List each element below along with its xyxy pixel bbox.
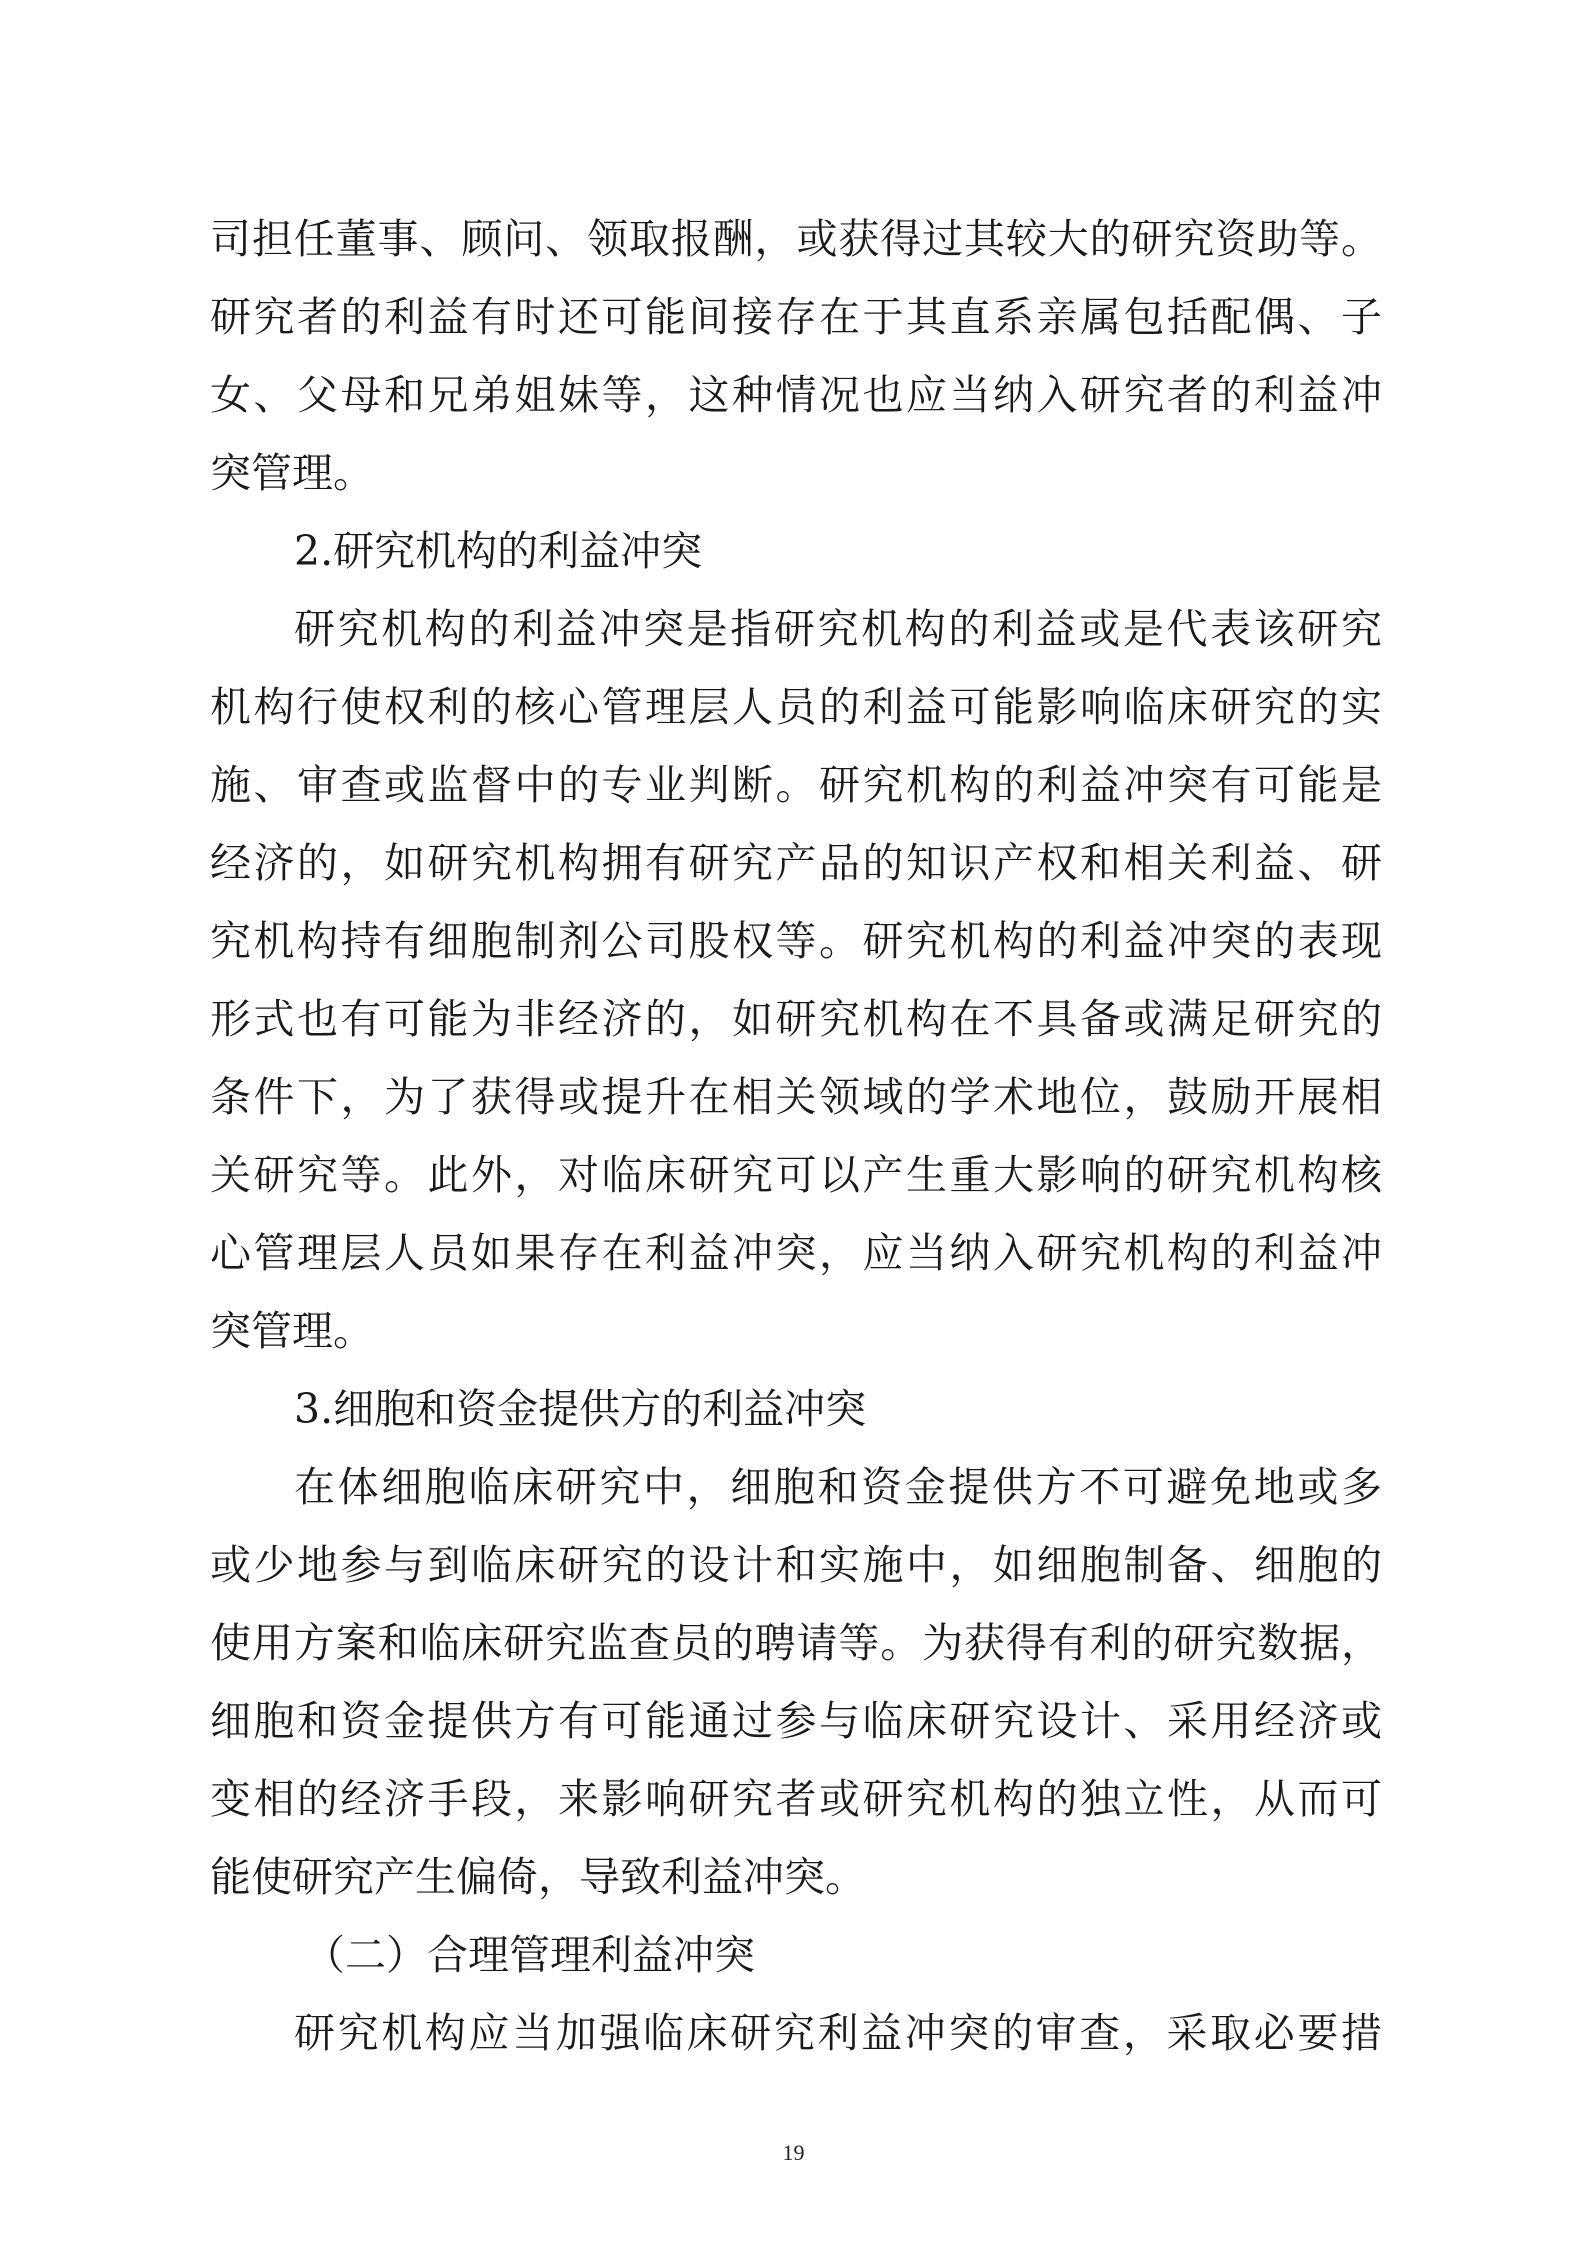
paragraph-line: 能使研究产生偏倚，导致利益冲突。 [210, 1838, 1382, 1916]
paragraph-line: 使用方案和临床研究监查员的聘请等。为获得有利的研究数据， [210, 1604, 1382, 1682]
paragraph-line: 经济的，如研究机构拥有研究产品的知识产权和相关利益、研 [210, 824, 1382, 902]
section-heading-3: 3.细胞和资金提供方的利益冲突 [210, 1370, 1382, 1448]
paragraph-line: 形式也有可能为非经济的，如研究机构在不具备或满足研究的 [210, 980, 1382, 1058]
paragraph-line: 施、审查或监督中的专业判断。研究机构的利益冲突有可能是 [210, 746, 1382, 824]
paragraph-line: 或少地参与到临床研究的设计和实施中，如细胞制备、细胞的 [210, 1526, 1382, 1604]
paragraph-line: 女、父母和兄弟姐妹等，这种情况也应当纳入研究者的利益冲 [210, 356, 1382, 434]
paragraph-line: 研究机构的利益冲突是指研究机构的利益或是代表该研究 [210, 590, 1382, 668]
paragraph-line: 心管理层人员如果存在利益冲突，应当纳入研究机构的利益冲 [210, 1214, 1382, 1292]
document-page: 司担任董事、顾问、领取报酬，或获得过其较大的研究资助等。 研究者的利益有时还可能… [0, 0, 1587, 2245]
paragraph-line: 究机构持有细胞制剂公司股权等。研究机构的利益冲突的表现 [210, 902, 1382, 980]
paragraph-line: 研究机构应当加强临床研究利益冲突的审查，采取必要措 [210, 1994, 1382, 2072]
paragraph-line: 变相的经济手段，来影响研究者或研究机构的独立性，从而可 [210, 1760, 1382, 1838]
paragraph-line: 关研究等。此外，对临床研究可以产生重大影响的研究机构核 [210, 1136, 1382, 1214]
paragraph-line: 机构行使权利的核心管理层人员的利益可能影响临床研究的实 [210, 668, 1382, 746]
section-heading-subsection-2: （二）合理管理利益冲突 [210, 1916, 1382, 1994]
paragraph-line: 突管理。 [210, 1292, 1382, 1370]
paragraph-line: 条件下，为了获得或提升在相关领域的学术地位，鼓励开展相 [210, 1058, 1382, 1136]
document-body: 司担任董事、顾问、领取报酬，或获得过其较大的研究资助等。 研究者的利益有时还可能… [210, 200, 1382, 2072]
paragraph-line: 司担任董事、顾问、领取报酬，或获得过其较大的研究资助等。 [210, 200, 1382, 278]
paragraph-line: 细胞和资金提供方有可能通过参与临床研究设计、采用经济或 [210, 1682, 1382, 1760]
page-number: 19 [0, 2140, 1587, 2166]
paragraph-line: 研究者的利益有时还可能间接存在于其直系亲属包括配偶、子 [210, 278, 1382, 356]
paragraph-line: 突管理。 [210, 434, 1382, 512]
paragraph-line: 在体细胞临床研究中，细胞和资金提供方不可避免地或多 [210, 1448, 1382, 1526]
section-heading-2: 2.研究机构的利益冲突 [210, 512, 1382, 590]
